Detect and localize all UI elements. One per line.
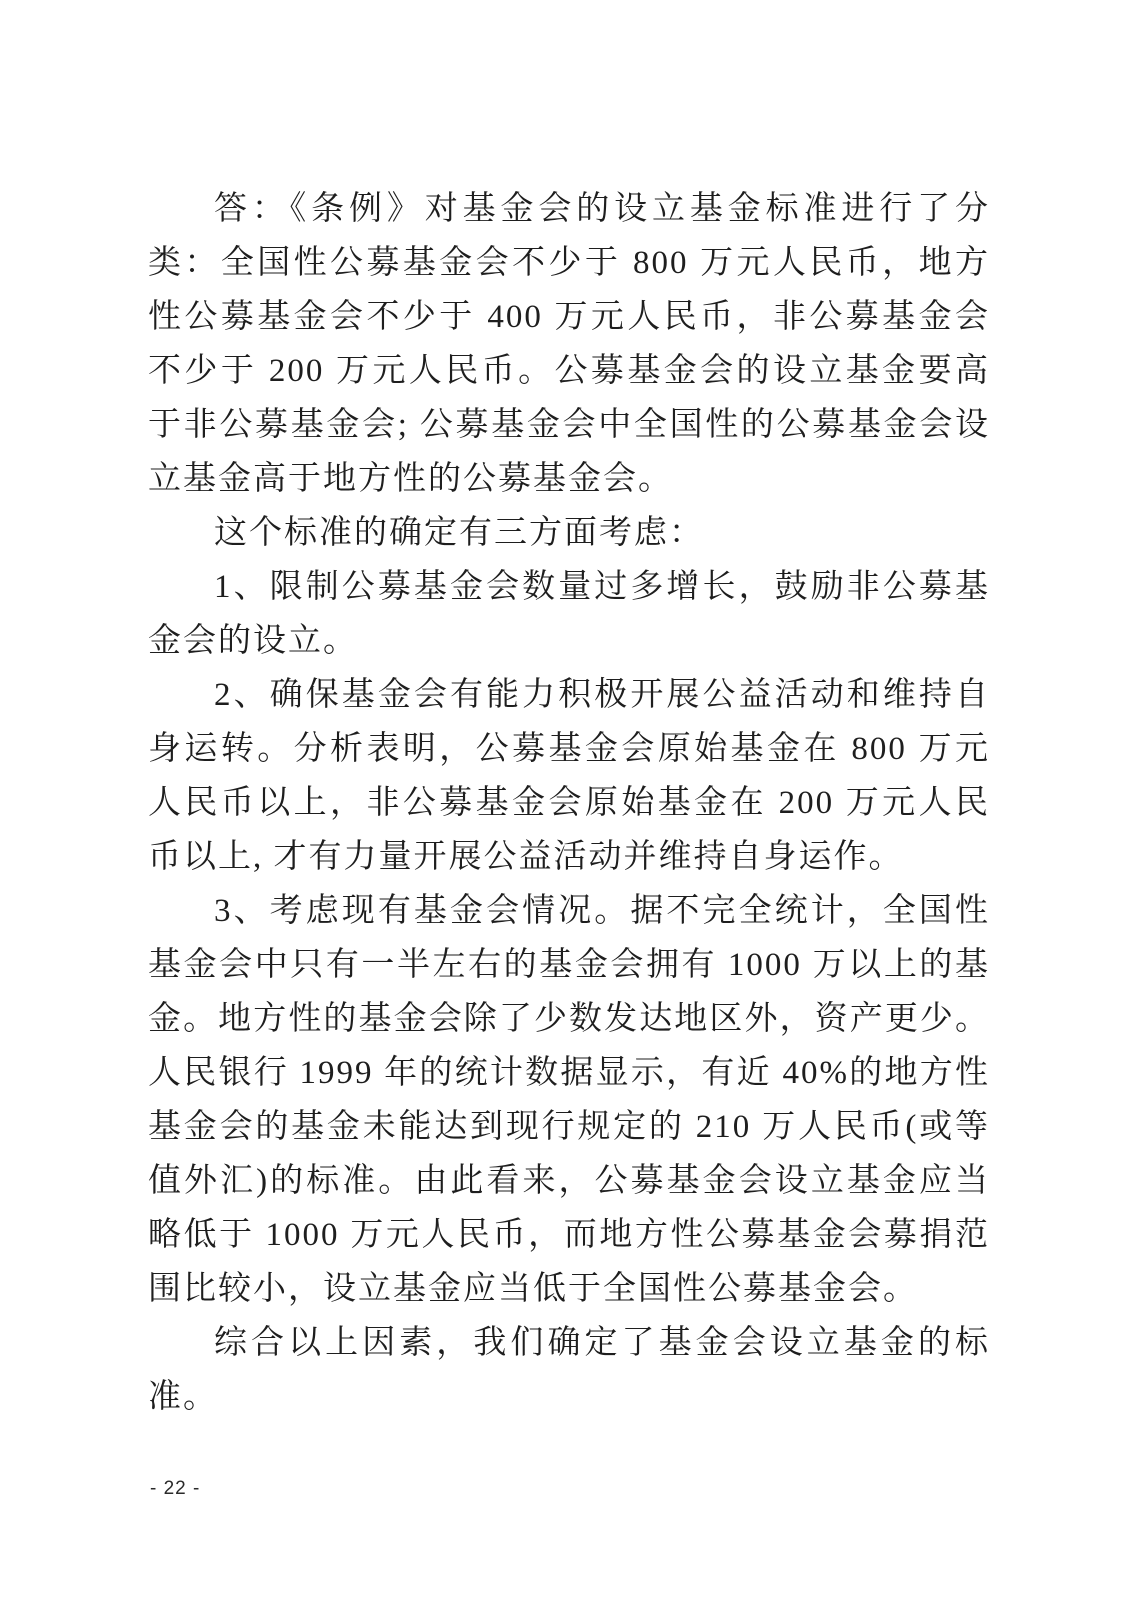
paragraph-conclusion: 综合以上因素，我们确定了基金会设立基金的标准。 <box>148 1316 990 1424</box>
paragraph-point-2: 2、确保基金会有能力积极开展公益活动和维持自身运转。分析表明，公募基金会原始基金… <box>148 668 990 884</box>
paragraph-answer: 答：《条例》对基金会的设立基金标准进行了分类：全国性公募基金会不少于 800 万… <box>148 182 990 506</box>
page-number: - 22 - <box>150 1478 200 1500</box>
paragraph-point-3: 3、考虑现有基金会情况。据不完全统计，全国性基金会中只有一半左右的基金会拥有 1… <box>148 884 990 1316</box>
document-page: 答：《条例》对基金会的设立基金标准进行了分类：全国性公募基金会不少于 800 万… <box>0 0 1131 1600</box>
paragraph-intro: 这个标准的确定有三方面考虑： <box>148 506 990 560</box>
text-block: 答：《条例》对基金会的设立基金标准进行了分类：全国性公募基金会不少于 800 万… <box>148 182 990 1424</box>
paragraph-point-1: 1、限制公募基金会数量过多增长，鼓励非公募基金会的设立。 <box>148 560 990 668</box>
